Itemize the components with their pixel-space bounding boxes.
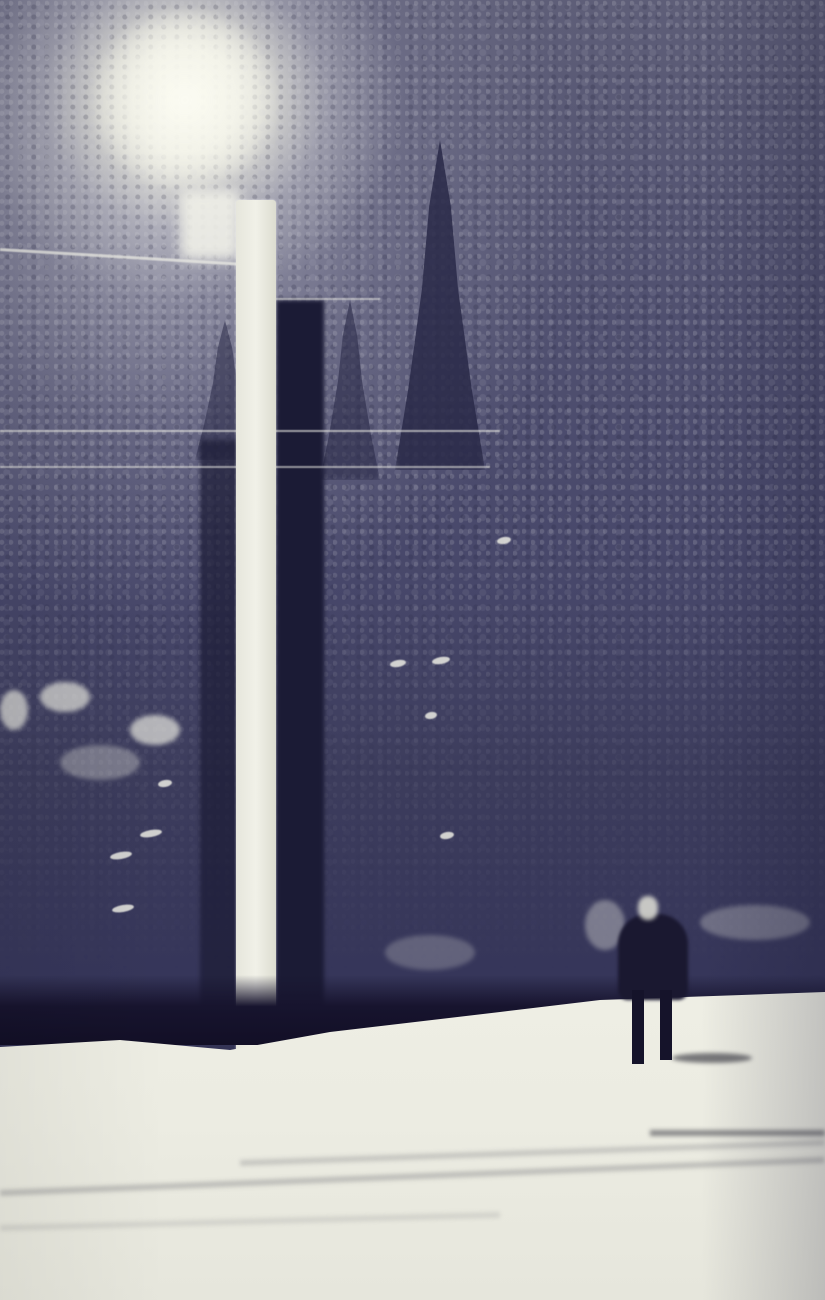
snow-bush	[700, 905, 810, 940]
figure-body	[618, 914, 688, 1000]
utility-pole	[236, 200, 276, 1052]
figure-leg	[632, 990, 644, 1064]
lamp-glow	[90, 10, 280, 190]
lone-figure	[612, 890, 692, 1068]
tree-trunk	[200, 440, 240, 1040]
figure-head	[638, 896, 658, 920]
snow-bush	[60, 745, 140, 780]
snow-bush	[130, 715, 180, 745]
figure-leg	[660, 990, 672, 1060]
snow-bush	[0, 690, 28, 730]
snow-bush	[40, 682, 90, 712]
tree-trunk	[276, 300, 324, 1040]
night-snow-scene	[0, 0, 825, 1300]
snow-bush	[385, 935, 475, 970]
tire-track	[650, 1130, 825, 1136]
streetlamp-head	[180, 190, 240, 260]
